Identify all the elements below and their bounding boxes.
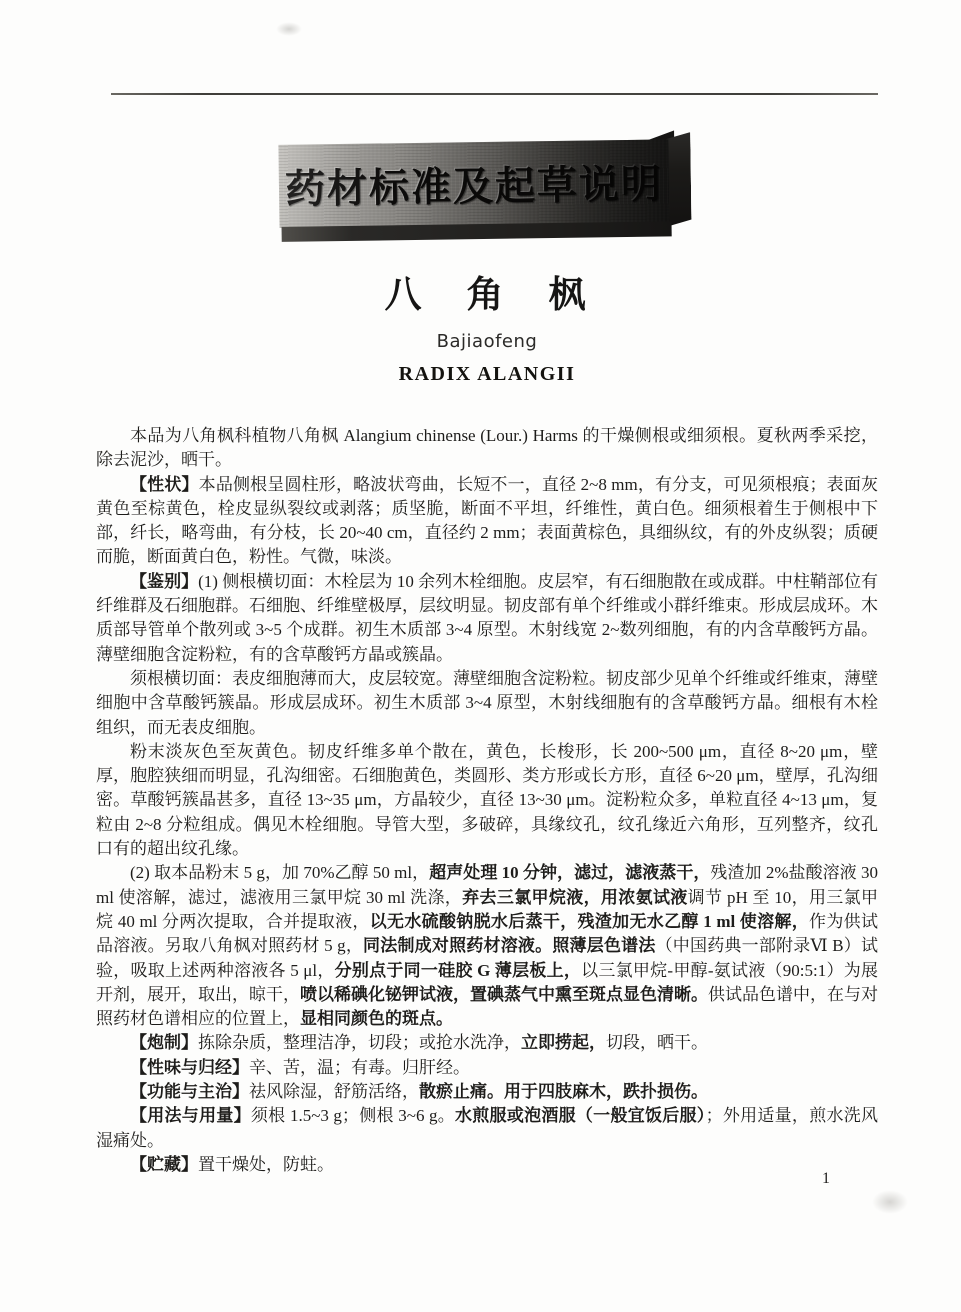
body-paragraph-identification-1: 【鉴别】(1) 侧根横切面：木栓层为 10 余列木栓细胞。皮层窄，有石细胞散在或… [96, 570, 878, 667]
header-rule [111, 93, 878, 95]
body-paragraph-powder: 粉末淡灰色至灰黄色。韧皮纤维多单个散在，黄色，长梭形，长 200~500 μm，… [96, 740, 878, 861]
body-paragraph-description: 【性状】本品侧根呈圆柱形，略波状弯曲，长短不一，直径 2~8 mm，有分支，可见… [96, 473, 878, 570]
body-paragraph-property-meridian: 【性味与归经】辛、苦，温；有毒。归肝经。 [96, 1056, 878, 1080]
body-paragraph-identification-2: (2) 取本品粉末 5 g，加 70%乙醇 50 ml，超声处理 10 分钟，滤… [96, 861, 878, 1031]
scanned-page: 药材标准及起草说明 八 角 枫 Bajiaofeng RADIX ALANGII… [0, 0, 961, 1312]
banner-shading [278, 139, 669, 227]
banner-side-face [666, 132, 691, 226]
body-paragraph-rootlet-section: 须根横切面：表皮细胞薄而大，皮层较宽。薄壁细胞含淀粉粒。韧皮部少见单个纤维或纤维… [96, 667, 878, 740]
monograph-latin-name: RADIX ALANGII [96, 363, 878, 386]
banner-face: 药材标准及起草说明 [278, 139, 669, 227]
body-paragraph-storage: 【贮藏】置干燥处，防蛀。 [96, 1153, 878, 1177]
body-paragraph-functions: 【功能与主治】祛风除湿，舒筋活络，散瘀止痛。用于四肢麻木，跌扑损伤。 [96, 1080, 878, 1104]
body-paragraph-dosage: 【用法与用量】须根 1.5~3 g；侧根 3~6 g。水煎服或泡酒服（一般宜饭后… [96, 1104, 878, 1153]
body-paragraph-processing: 【炮制】拣除杂质，整理洁净，切段；或抢水洗净，立即捞起，切段，晒干。 [96, 1031, 878, 1055]
series-banner: 药材标准及起草说明 [278, 130, 691, 244]
monograph-pinyin: Bajiaofeng [96, 331, 878, 352]
scan-smudge [872, 1190, 908, 1214]
page-number: 1 [822, 1170, 830, 1188]
monograph-title: 八 角 枫 [96, 264, 878, 318]
monograph-body: 本品为八角枫科植物八角枫 Alangium chinense (Lour.) H… [96, 424, 878, 1177]
scan-smudge [276, 22, 302, 36]
body-paragraph-source: 本品为八角枫科植物八角枫 Alangium chinense (Lour.) H… [96, 424, 878, 473]
